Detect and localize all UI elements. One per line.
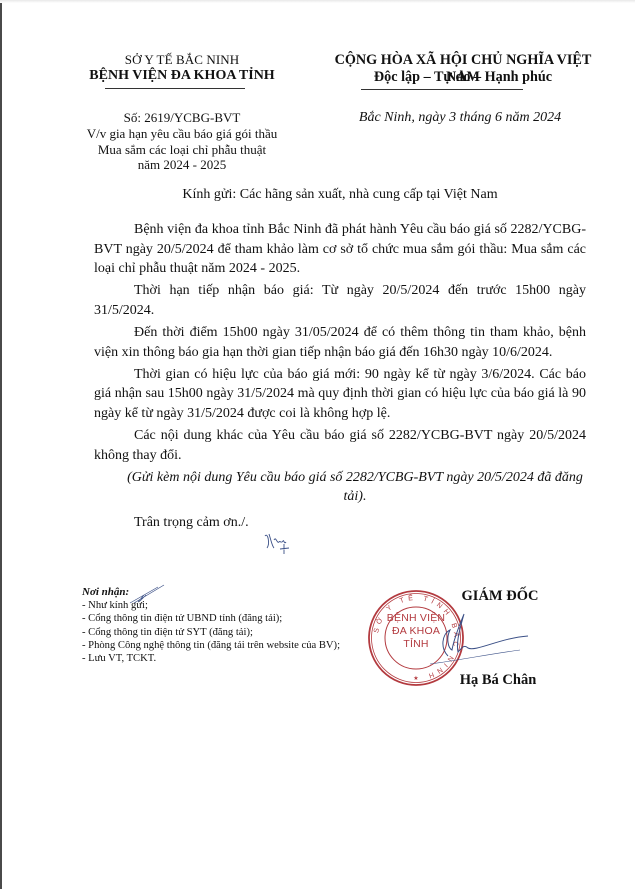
initial-signature-icon: [262, 530, 292, 556]
org-name: BỆNH VIỆN ĐA KHOA TỈNH: [62, 68, 302, 84]
initial-mark-icon: [128, 583, 168, 605]
svg-text:★: ★: [413, 675, 418, 682]
recipient-item: - Cổng thông tin điện tử SYT (đăng tải);: [82, 626, 382, 639]
recipients-title: Nơi nhận:: [82, 586, 382, 599]
body-paragraph: Thời gian có hiệu lực của báo giá mới: 9…: [94, 365, 586, 424]
attachment-note: (Gửi kèm nội dung Yêu cầu báo giá số 228…: [94, 468, 586, 507]
recipient-item: - Phòng Công nghệ thông tin (đăng tải tr…: [82, 639, 382, 652]
closing-line: Trân trọng cảm ơn./.: [94, 513, 586, 533]
signer-name: Hạ Bá Chân: [438, 672, 558, 689]
recipient-item: - Cổng thông tin điện tử UBND tỉnh (đăng…: [82, 612, 382, 625]
subject-line: V/v gia hạn yêu cầu báo giá gói thầu: [62, 126, 302, 142]
body-paragraph: Thời hạn tiếp nhận báo giá: Từ ngày 20/5…: [94, 281, 586, 320]
document-number: Số: 2619/YCBG-BVT: [62, 110, 302, 126]
director-signature-icon: [420, 608, 530, 668]
motto-underline: [361, 89, 523, 90]
subject-line: Mua sắm các loại chỉ phẫu thuật: [62, 142, 302, 158]
page-top-shadow: [0, 0, 635, 3]
body-paragraph: Đến thời điểm 15h00 ngày 31/05/2024 để c…: [94, 323, 586, 362]
recipient-item: - Như kính gửi;: [82, 599, 382, 612]
page-edge: [0, 0, 2, 889]
recipient-item: - Lưu VT, TCKT.: [82, 652, 382, 665]
document-body: Bệnh viện đa khoa tỉnh Bắc Ninh đã phát …: [94, 220, 586, 535]
document-subject: V/v gia hạn yêu cầu báo giá gói thầu Mua…: [62, 126, 302, 173]
recipients-list: Nơi nhận: - Như kính gửi; - Cổng thông t…: [82, 586, 382, 665]
salutation: Kính gửi: Các hãng sản xuất, nhà cung cấ…: [100, 187, 580, 203]
national-motto: Độc lập – Tự do – Hạnh phúc: [318, 69, 608, 86]
signer-title: GIÁM ĐỐC: [440, 588, 560, 605]
body-paragraph: Các nội dung khác của Yêu cầu báo giá số…: [94, 426, 586, 465]
org-underline: [105, 88, 245, 89]
org-parent: SỞ Y TẾ BẮC NINH: [62, 52, 302, 68]
body-paragraph: Bệnh viện đa khoa tỉnh Bắc Ninh đã phát …: [94, 220, 586, 279]
subject-line: năm 2024 - 2025: [62, 157, 302, 173]
place-date: Bắc Ninh, ngày 3 tháng 6 năm 2024: [320, 110, 600, 126]
